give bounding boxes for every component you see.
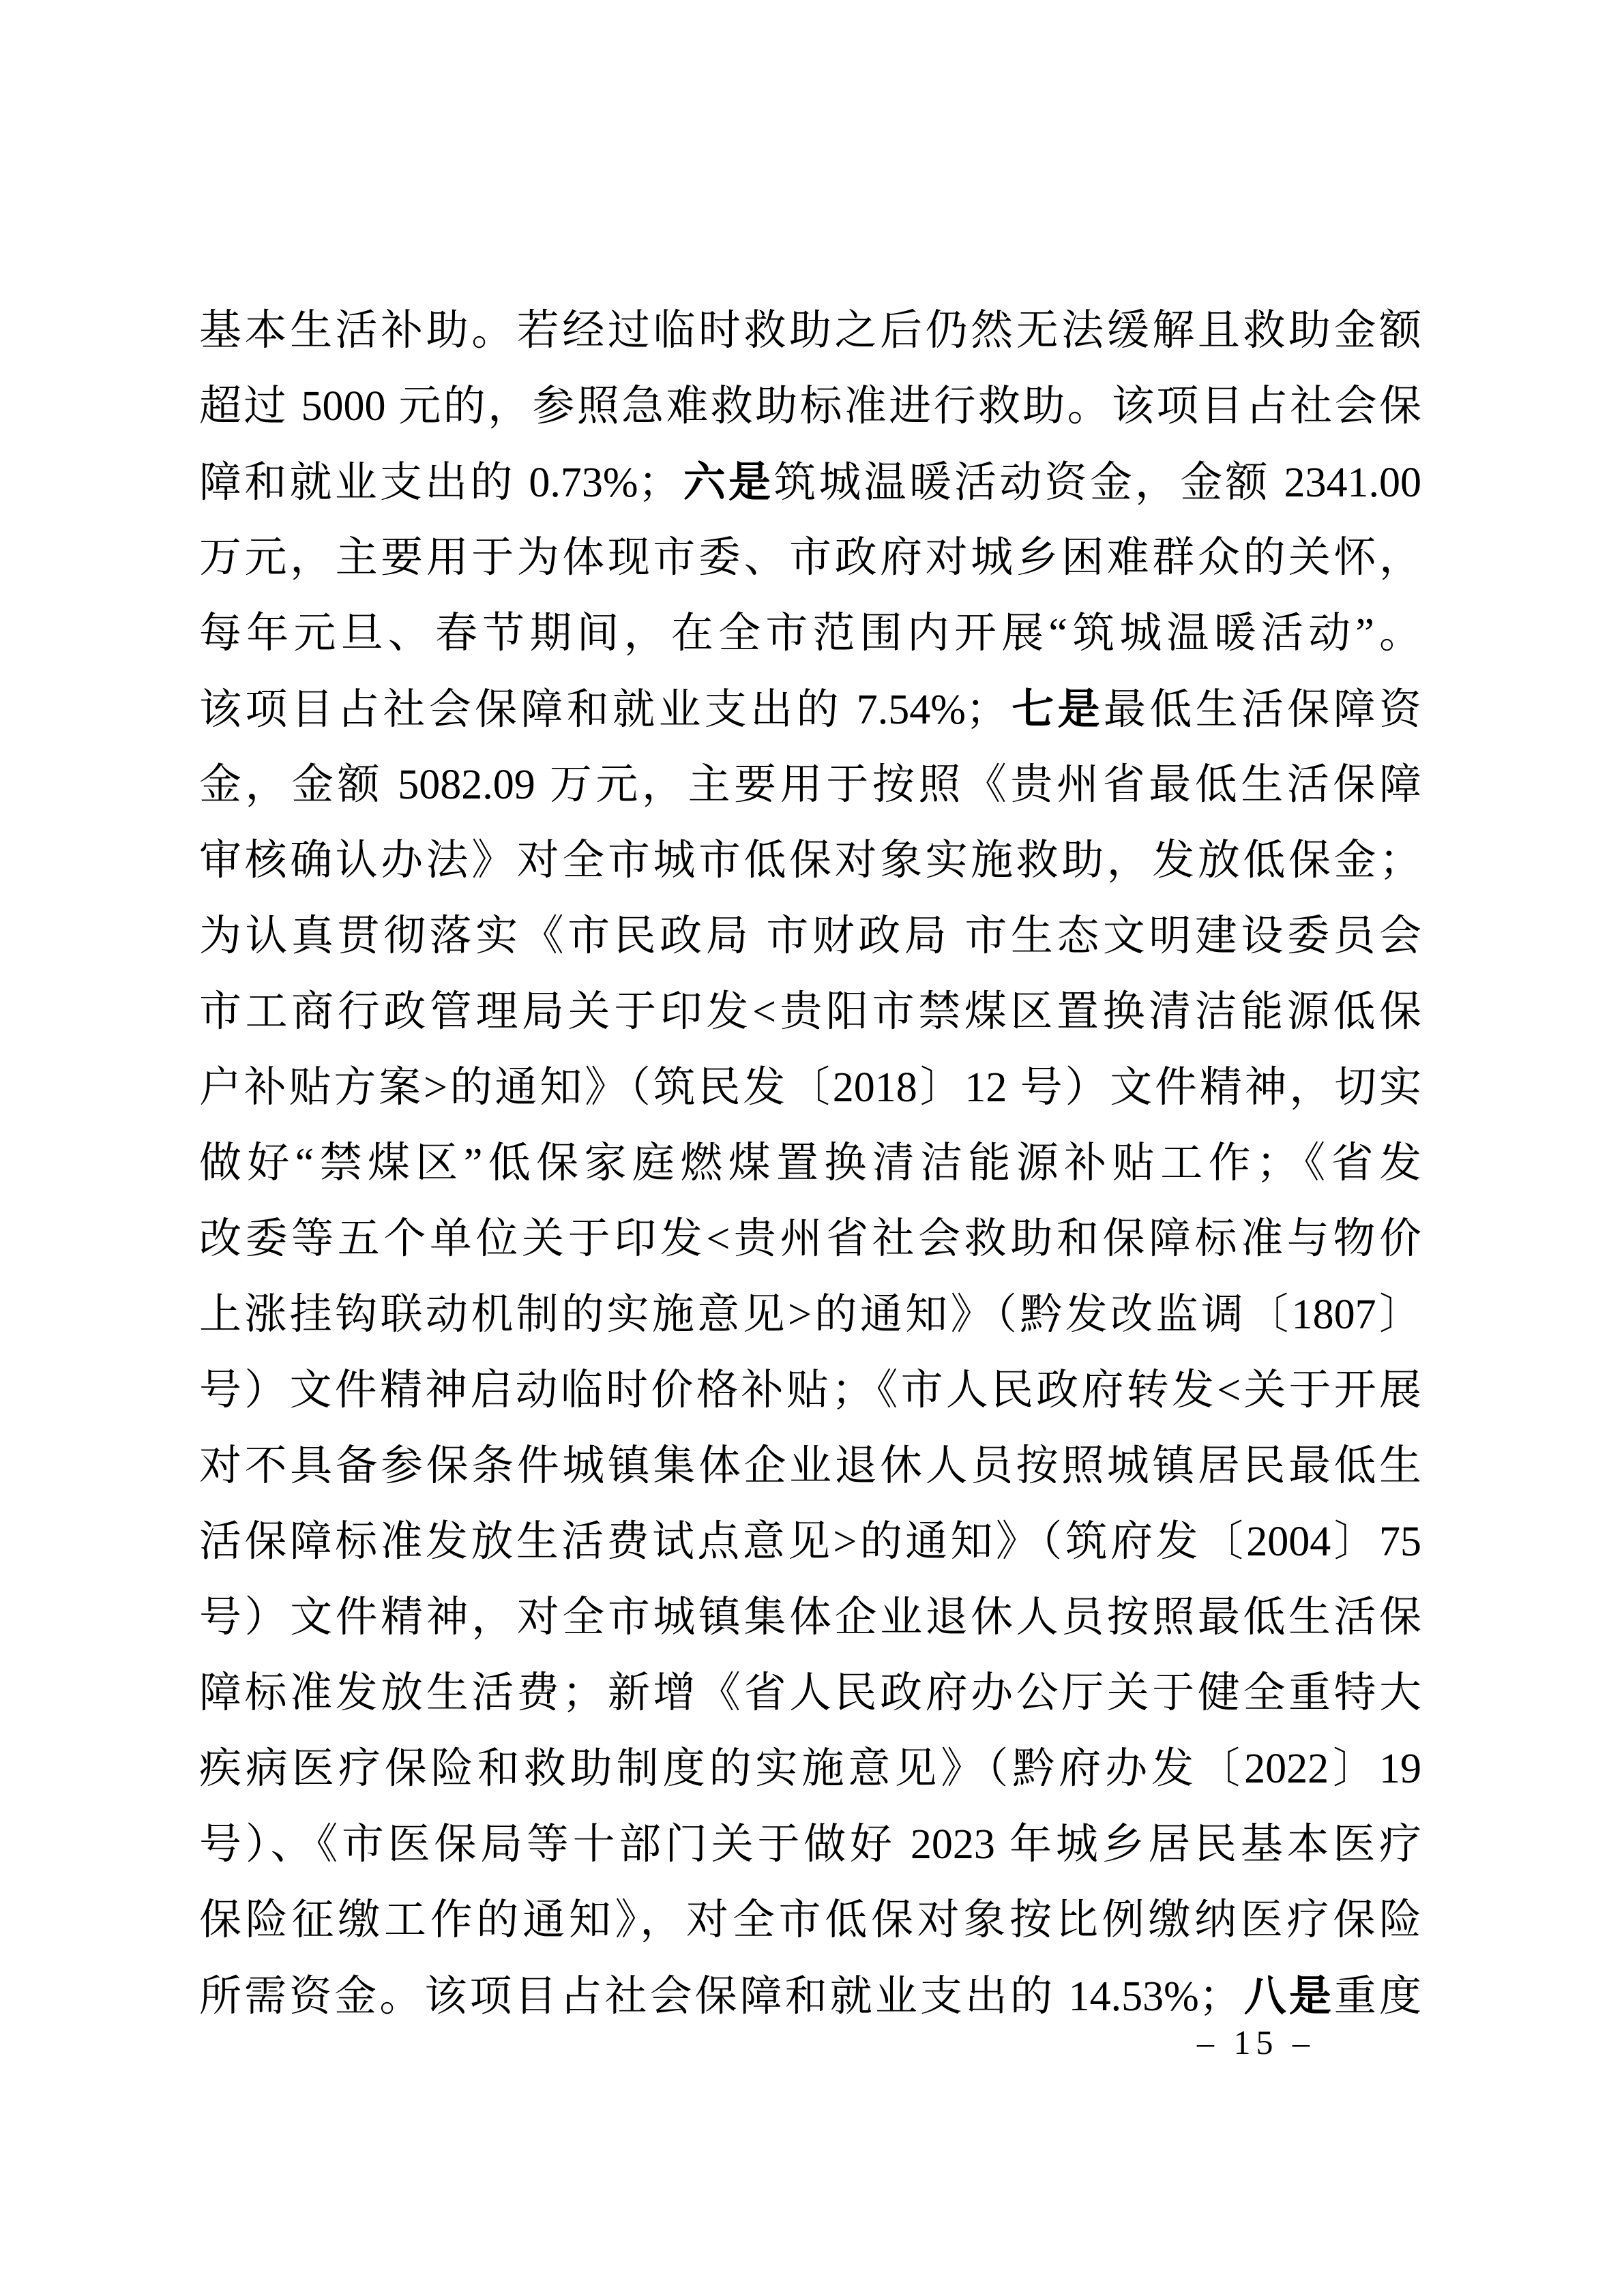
text-run: 上涨挂钩联动机制的实施意见>的通知》（黔发改监调〔1807〕	[199, 1292, 1421, 1338]
text-run: 基本生活补助。若经过临时救助之后仍然无法缓解且救助金额	[199, 308, 1421, 354]
text-run: 对不具备参保条件城镇集体企业退休人员按照城镇居民最低生	[199, 1443, 1421, 1489]
text-line: 市工商行政管理局关于印发<贵阳市禁煤区置换清洁能源低保	[199, 974, 1421, 1050]
text-run: 疾病医疗保险和救助制度的实施意见》（黔府办发〔2022〕19	[199, 1746, 1421, 1792]
text-run: 筑城温暖活动资金，金额 2341.00	[773, 460, 1421, 506]
emphasis-run: 六是	[681, 459, 774, 506]
text-run: 该项目占社会保障和就业支出的 7.54%；	[199, 687, 1008, 733]
emphasis-run: 七是	[1008, 686, 1104, 733]
text-run: 为认真贯彻落实《市民政局 市财政局 市生态文明建设委员会	[199, 913, 1421, 959]
text-line: 为认真贯彻落实《市民政局 市财政局 市生态文明建设委员会	[199, 899, 1421, 974]
text-run: 号）文件精神，对全市城镇集体企业退休人员按照最低生活保	[199, 1594, 1421, 1641]
text-line: 该项目占社会保障和就业支出的 7.54%；七是最低生活保障资	[199, 672, 1421, 747]
text-line: 万元，主要用于为体现市委、市政府对城乡困难群众的关怀，	[199, 520, 1421, 596]
text-line: 障和就业支出的 0.73%；六是筑城温暖活动资金，金额 2341.00	[199, 445, 1421, 520]
text-line: 障标准发放生活费；新增《省人民政府办公厅关于健全重特大	[199, 1656, 1421, 1731]
text-run: 保险征缴工作的通知》，对全市低保对象按比例缴纳医疗保险	[199, 1897, 1421, 1943]
page-number: – 15 –	[1197, 2023, 1315, 2062]
text-run: 市工商行政管理局关于印发<贵阳市禁煤区置换清洁能源低保	[199, 989, 1421, 1035]
text-run: 做好“禁煤区”低保家庭燃煤置换清洁能源补贴工作；《省发	[199, 1140, 1421, 1187]
text-line: 审核确认办法》对全市城市低保对象实施救助，发放低保金；	[199, 823, 1421, 899]
text-run: 号）文件精神启动临时价格补贴；《市人民政府转发<关于开展	[199, 1367, 1421, 1414]
text-run: 超过 5000 元的，参照急难救助标准进行救助。该项目占社会保	[199, 383, 1421, 430]
text-line: 保险征缴工作的通知》，对全市低保对象按比例缴纳医疗保险	[199, 1883, 1421, 1958]
text-line: 每年元旦、春节期间，在全市范围内开展“筑城温暖活动”。	[199, 596, 1421, 672]
text-run: 户补贴方案>的通知》（筑民发〔2018〕12 号）文件精神，切实	[199, 1064, 1421, 1111]
text-run: 号）、《市医保局等十部门关于做好 2023 年城乡居民基本医疗	[199, 1821, 1421, 1868]
text-line: 疾病医疗保险和救助制度的实施意见》（黔府办发〔2022〕19	[199, 1731, 1421, 1807]
text-line: 改委等五个单位关于印发<贵州省社会救助和保障标准与物价	[199, 1202, 1421, 1277]
text-run: 障标准发放生活费；新增《省人民政府办公厅关于健全重特大	[199, 1670, 1421, 1716]
document-page: 基本生活补助。若经过临时救助之后仍然无法缓解且救助金额超过 5000 元的，参照…	[0, 0, 1624, 2296]
text-run: 重度	[1334, 1973, 1421, 2020]
text-line: 基本生活补助。若经过临时救助之后仍然无法缓解且救助金额	[199, 293, 1421, 369]
text-run: 审核确认办法》对全市城市低保对象实施救助，发放低保金；	[199, 837, 1421, 884]
text-line: 活保障标准发放生活费试点意见>的通知》（筑府发〔2004〕75	[199, 1504, 1421, 1580]
text-run: 改委等五个单位关于印发<贵州省社会救助和保障标准与物价	[199, 1216, 1421, 1262]
text-line: 号）、《市医保局等十部门关于做好 2023 年城乡居民基本医疗	[199, 1807, 1421, 1883]
text-run: 万元，主要用于为体现市委、市政府对城乡困难群众的关怀，	[199, 535, 1421, 581]
body-text: 基本生活补助。若经过临时救助之后仍然无法缓解且救助金额超过 5000 元的，参照…	[199, 293, 1421, 2034]
text-run: 最低生活保障资	[1104, 687, 1421, 733]
text-line: 超过 5000 元的，参照急难救助标准进行救助。该项目占社会保	[199, 369, 1421, 445]
text-run: 活保障标准发放生活费试点意见>的通知》（筑府发〔2004〕75	[199, 1519, 1421, 1565]
text-line: 号）文件精神启动临时价格补贴；《市人民政府转发<关于开展	[199, 1353, 1421, 1429]
text-line: 上涨挂钩联动机制的实施意见>的通知》（黔发改监调〔1807〕	[199, 1277, 1421, 1353]
text-line: 做好“禁煤区”低保家庭燃煤置换清洁能源补贴工作；《省发	[199, 1126, 1421, 1202]
text-line: 号）文件精神，对全市城镇集体企业退休人员按照最低生活保	[199, 1580, 1421, 1656]
emphasis-run: 八是	[1241, 1973, 1334, 2020]
text-line: 户补贴方案>的通知》（筑民发〔2018〕12 号）文件精神，切实	[199, 1050, 1421, 1126]
text-run: 每年元旦、春节期间，在全市范围内开展“筑城温暖活动”。	[199, 610, 1421, 657]
text-line: 对不具备参保条件城镇集体企业退休人员按照城镇居民最低生	[199, 1429, 1421, 1504]
text-line: 金，金额 5082.09 万元，主要用于按照《贵州省最低生活保障	[199, 747, 1421, 823]
text-run: 金，金额 5082.09 万元，主要用于按照《贵州省最低生活保障	[199, 762, 1421, 808]
text-run: 所需资金。该项目占社会保障和就业支出的 14.53%；	[199, 1973, 1241, 2020]
text-run: 障和就业支出的 0.73%；	[199, 460, 681, 506]
